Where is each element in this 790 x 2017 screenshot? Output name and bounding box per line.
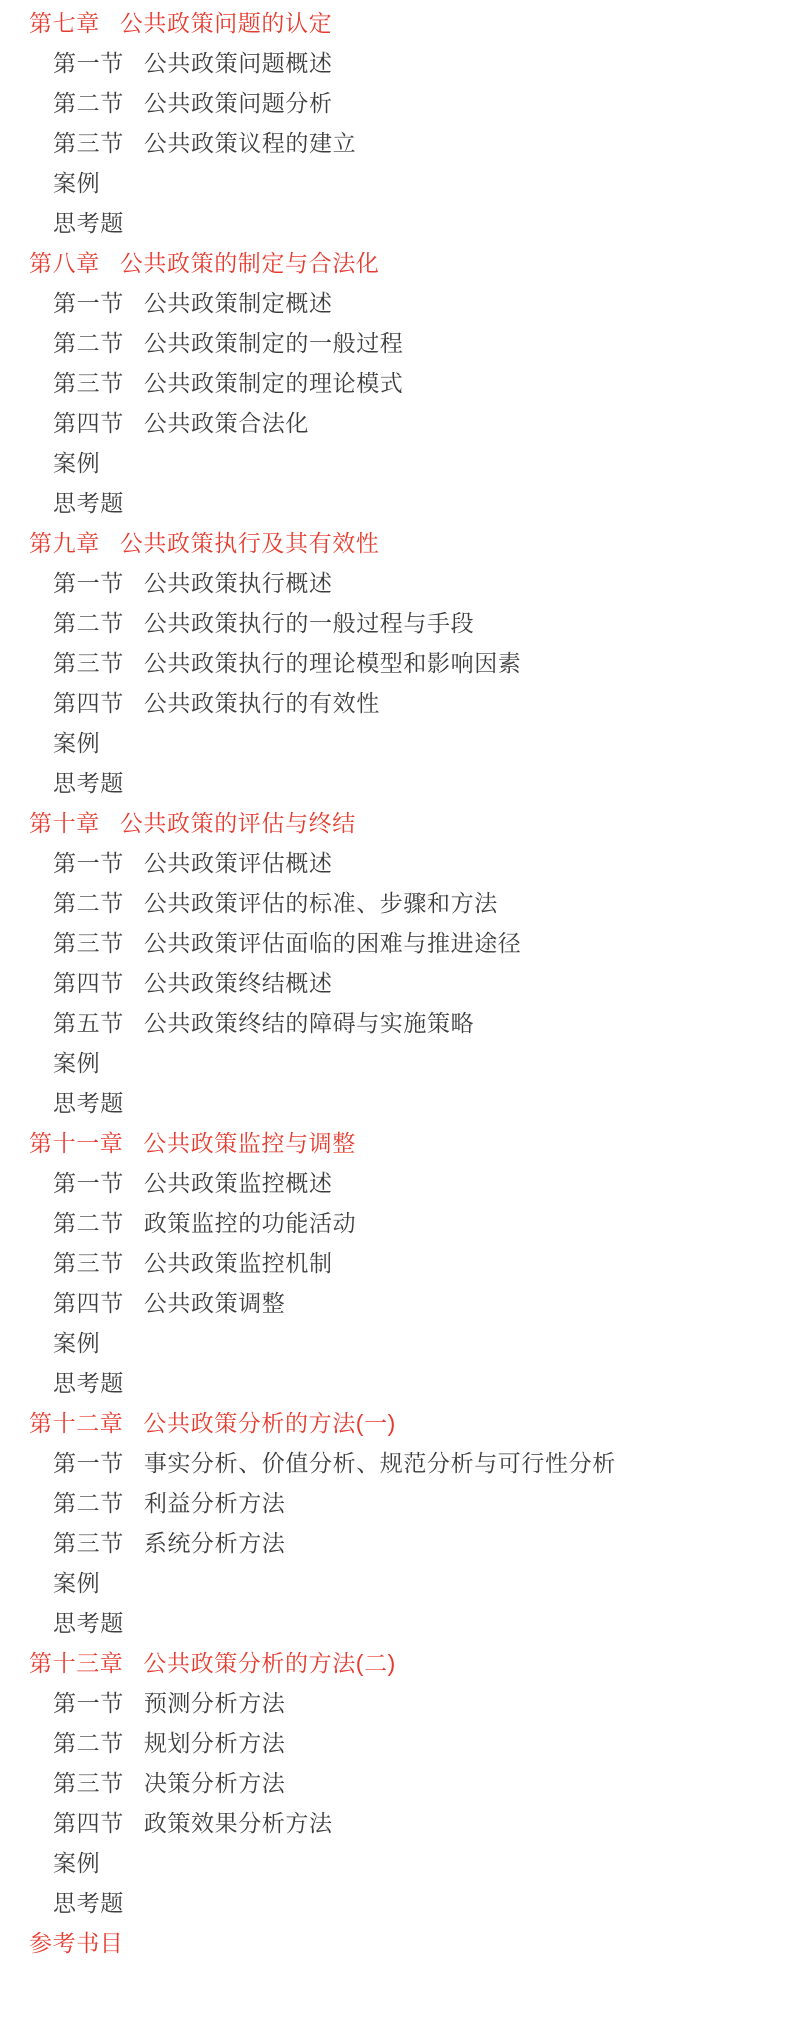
toc-entry-title: 政策效果分析方法	[144, 1805, 333, 1838]
toc-list: 第七章公共政策问题的认定第一节公共政策问题概述第二节公共政策问题分析第三节公共政…	[0, 1, 790, 1961]
toc-entry-title: 公共政策制定的一般过程	[144, 325, 404, 358]
toc-section-entry[interactable]: 思考题	[0, 481, 790, 521]
toc-section-entry[interactable]: 第三节公共政策执行的理论模型和影响因素	[0, 641, 790, 681]
toc-section-entry[interactable]: 第五节公共政策终结的障碍与实施策略	[0, 1001, 790, 1041]
toc-section-entry[interactable]: 第四节公共政策合法化	[0, 401, 790, 441]
toc-chapter-entry[interactable]: 第九章公共政策执行及其有效性	[0, 521, 790, 561]
toc-entry-title: 思考题	[53, 205, 124, 238]
toc-entry-title: 公共政策执行的有效性	[144, 685, 380, 718]
toc-section-entry[interactable]: 思考题	[0, 1601, 790, 1641]
toc-chapter-entry[interactable]: 第八章公共政策的制定与合法化	[0, 241, 790, 281]
toc-entry-number: 第一节	[53, 1165, 124, 1198]
toc-entry-title: 公共政策终结概述	[144, 965, 333, 998]
toc-entry-title: 思考题	[53, 1365, 124, 1398]
toc-section-entry[interactable]: 第一节公共政策制定概述	[0, 281, 790, 321]
toc-section-entry[interactable]: 案例	[0, 1041, 790, 1081]
toc-chapter-entry[interactable]: 第十章公共政策的评估与终结	[0, 801, 790, 841]
toc-section-entry[interactable]: 第二节政策监控的功能活动	[0, 1201, 790, 1241]
toc-entry-title: 公共政策执行及其有效性	[120, 525, 380, 558]
toc-entry-number: 第十二章	[29, 1405, 123, 1438]
toc-entry-title: 思考题	[53, 765, 124, 798]
toc-section-entry[interactable]: 第三节系统分析方法	[0, 1521, 790, 1561]
toc-entry-number: 第一节	[53, 1685, 124, 1718]
toc-entry-title: 公共政策执行的一般过程与手段	[144, 605, 474, 638]
toc-entry-number: 第五节	[53, 1005, 124, 1038]
toc-entry-title: 规划分析方法	[144, 1725, 286, 1758]
toc-entry-title: 思考题	[53, 1885, 124, 1918]
toc-entry-title: 公共政策评估概述	[144, 845, 333, 878]
toc-section-entry[interactable]: 第一节公共政策监控概述	[0, 1161, 790, 1201]
toc-section-entry[interactable]: 案例	[0, 1841, 790, 1881]
toc-section-entry[interactable]: 第一节公共政策问题概述	[0, 41, 790, 81]
toc-entry-title: 公共政策的评估与终结	[120, 805, 356, 838]
toc-entry-number: 第七章	[29, 5, 100, 38]
toc-page: 第七章公共政策问题的认定第一节公共政策问题概述第二节公共政策问题分析第三节公共政…	[0, 0, 790, 2017]
toc-section-entry[interactable]: 第四节政策效果分析方法	[0, 1801, 790, 1841]
toc-entry-number: 第八章	[29, 245, 100, 278]
toc-section-entry[interactable]: 第二节规划分析方法	[0, 1721, 790, 1761]
toc-chapter-entry[interactable]: 第十一章公共政策监控与调整	[0, 1121, 790, 1161]
toc-section-entry[interactable]: 第一节预测分析方法	[0, 1681, 790, 1721]
toc-entry-number: 参考书目	[29, 1925, 123, 1958]
toc-entry-title: 案例	[53, 1045, 100, 1078]
toc-chapter-entry[interactable]: 第七章公共政策问题的认定	[0, 1, 790, 41]
toc-entry-title: 公共政策制定概述	[144, 285, 333, 318]
toc-section-entry[interactable]: 第二节公共政策问题分析	[0, 81, 790, 121]
toc-entry-title: 公共政策分析的方法(一)	[143, 1405, 396, 1438]
toc-entry-title: 案例	[53, 165, 100, 198]
toc-section-entry[interactable]: 第三节公共政策议程的建立	[0, 121, 790, 161]
toc-entry-title: 案例	[53, 725, 100, 758]
toc-entry-title: 系统分析方法	[144, 1525, 286, 1558]
toc-entry-title: 案例	[53, 1565, 100, 1598]
toc-section-entry[interactable]: 第一节事实分析、价值分析、规范分析与可行性分析	[0, 1441, 790, 1481]
toc-entry-title: 思考题	[53, 1085, 124, 1118]
toc-chapter-entry[interactable]: 第十二章公共政策分析的方法(一)	[0, 1401, 790, 1441]
toc-section-entry[interactable]: 思考题	[0, 1081, 790, 1121]
toc-entry-number: 第十一章	[29, 1125, 123, 1158]
toc-entry-number: 第三节	[53, 365, 124, 398]
toc-entry-number: 第四节	[53, 685, 124, 718]
toc-entry-title: 公共政策制定的理论模式	[144, 365, 404, 398]
toc-entry-number: 第四节	[53, 1805, 124, 1838]
toc-entry-number: 第二节	[53, 1725, 124, 1758]
toc-entry-title: 公共政策执行的理论模型和影响因素	[144, 645, 522, 678]
toc-entry-number: 第二节	[53, 1485, 124, 1518]
toc-entry-number: 第九章	[29, 525, 100, 558]
toc-entry-title: 公共政策问题的认定	[120, 5, 332, 38]
toc-entry-number: 第二节	[53, 605, 124, 638]
toc-section-entry[interactable]: 第三节公共政策监控机制	[0, 1241, 790, 1281]
toc-chapter-entry[interactable]: 参考书目	[0, 1921, 790, 1961]
toc-entry-title: 思考题	[53, 1605, 124, 1638]
toc-section-entry[interactable]: 第三节公共政策制定的理论模式	[0, 361, 790, 401]
toc-entry-number: 第四节	[53, 405, 124, 438]
toc-section-entry[interactable]: 第二节公共政策评估的标准、步骤和方法	[0, 881, 790, 921]
toc-section-entry[interactable]: 案例	[0, 161, 790, 201]
toc-entry-number: 第十章	[29, 805, 100, 838]
toc-section-entry[interactable]: 案例	[0, 441, 790, 481]
toc-entry-number: 第一节	[53, 565, 124, 598]
toc-entry-number: 第二节	[53, 325, 124, 358]
toc-section-entry[interactable]: 第四节公共政策调整	[0, 1281, 790, 1321]
toc-entry-title: 思考题	[53, 485, 124, 518]
toc-entry-number: 第二节	[53, 1205, 124, 1238]
toc-entry-title: 公共政策议程的建立	[144, 125, 356, 158]
toc-entry-number: 第十三章	[29, 1645, 123, 1678]
toc-chapter-entry[interactable]: 第十三章公共政策分析的方法(二)	[0, 1641, 790, 1681]
toc-entry-title: 公共政策监控与调整	[143, 1125, 355, 1158]
toc-entry-number: 第三节	[53, 925, 124, 958]
toc-section-entry[interactable]: 案例	[0, 721, 790, 761]
toc-entry-number: 第二节	[53, 885, 124, 918]
toc-entry-title: 事实分析、价值分析、规范分析与可行性分析	[144, 1445, 616, 1478]
toc-entry-title: 预测分析方法	[144, 1685, 286, 1718]
toc-entry-title: 公共政策的制定与合法化	[120, 245, 380, 278]
toc-entry-title: 决策分析方法	[144, 1765, 286, 1798]
toc-entry-number: 第三节	[53, 125, 124, 158]
toc-entry-title: 公共政策终结的障碍与实施策略	[144, 1005, 474, 1038]
toc-entry-title: 公共政策问题分析	[144, 85, 333, 118]
toc-entry-title: 公共政策问题概述	[144, 45, 333, 78]
toc-entry-number: 第三节	[53, 1245, 124, 1278]
toc-entry-number: 第三节	[53, 1525, 124, 1558]
toc-section-entry[interactable]: 思考题	[0, 1361, 790, 1401]
toc-entry-number: 第二节	[53, 85, 124, 118]
toc-section-entry[interactable]: 案例	[0, 1561, 790, 1601]
toc-entry-title: 公共政策评估面临的困难与推进途径	[144, 925, 522, 958]
toc-entry-number: 第一节	[53, 1445, 124, 1478]
toc-entry-title: 案例	[53, 445, 100, 478]
toc-entry-title: 利益分析方法	[144, 1485, 286, 1518]
toc-entry-title: 公共政策评估的标准、步骤和方法	[144, 885, 498, 918]
toc-section-entry[interactable]: 第三节决策分析方法	[0, 1761, 790, 1801]
toc-entry-number: 第一节	[53, 45, 124, 78]
toc-section-entry[interactable]: 第一节公共政策评估概述	[0, 841, 790, 881]
toc-section-entry[interactable]: 思考题	[0, 201, 790, 241]
toc-section-entry[interactable]: 第四节公共政策执行的有效性	[0, 681, 790, 721]
toc-entry-number: 第四节	[53, 1285, 124, 1318]
toc-entry-title: 案例	[53, 1325, 100, 1358]
toc-entry-title: 公共政策分析的方法(二)	[143, 1645, 396, 1678]
toc-entry-title: 公共政策调整	[144, 1285, 286, 1318]
toc-section-entry[interactable]: 第二节公共政策执行的一般过程与手段	[0, 601, 790, 641]
toc-entry-number: 第三节	[53, 1765, 124, 1798]
toc-section-entry[interactable]: 思考题	[0, 761, 790, 801]
toc-entry-number: 第一节	[53, 845, 124, 878]
toc-section-entry[interactable]: 第四节公共政策终结概述	[0, 961, 790, 1001]
toc-section-entry[interactable]: 案例	[0, 1321, 790, 1361]
toc-entry-title: 政策监控的功能活动	[144, 1205, 356, 1238]
toc-entry-number: 第三节	[53, 645, 124, 678]
toc-entry-number: 第四节	[53, 965, 124, 998]
toc-entry-title: 案例	[53, 1845, 100, 1878]
toc-section-entry[interactable]: 第二节公共政策制定的一般过程	[0, 321, 790, 361]
toc-entry-title: 公共政策监控机制	[144, 1245, 333, 1278]
toc-entry-number: 第一节	[53, 285, 124, 318]
toc-section-entry[interactable]: 第三节公共政策评估面临的困难与推进途径	[0, 921, 790, 961]
toc-section-entry[interactable]: 第二节利益分析方法	[0, 1481, 790, 1521]
toc-entry-title: 公共政策合法化	[144, 405, 309, 438]
toc-entry-title: 公共政策执行概述	[144, 565, 333, 598]
toc-entry-title: 公共政策监控概述	[144, 1165, 333, 1198]
toc-section-entry[interactable]: 第一节公共政策执行概述	[0, 561, 790, 601]
toc-section-entry[interactable]: 思考题	[0, 1881, 790, 1921]
